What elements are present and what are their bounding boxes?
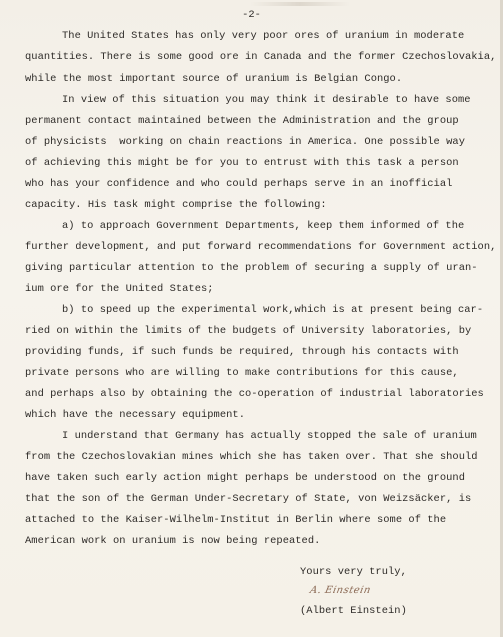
paragraph-germany-line: from the Czechoslovakian mines which she… — [25, 450, 478, 464]
item-b-line: private persons who are willing to make … — [25, 366, 459, 380]
typed-name: (Albert Einstein) — [300, 604, 407, 618]
paragraph-permanent-contact-line: permanent contact maintained between the… — [25, 114, 459, 128]
handwritten-signature: A. Einstein — [309, 585, 372, 596]
paragraph-permanent-contact-line: capacity. His task might comprise the fo… — [25, 198, 327, 212]
paragraph-germany-line: American work on uranium is now being re… — [25, 534, 320, 548]
item-b-line: ried on within the limits of the budgets… — [25, 324, 471, 338]
item-a-line: a) to approach Government Departments, k… — [62, 219, 464, 233]
paragraph-permanent-contact-line: of physicists working on chain reactions… — [25, 135, 465, 149]
paragraph-uranium-sources-line: The United States has only very poor ore… — [62, 29, 464, 43]
paragraph-uranium-sources-line: while the most important source of urani… — [25, 72, 402, 86]
paragraph-germany-line: have taken such early action might perha… — [25, 471, 465, 485]
page-number: -2- — [0, 9, 503, 21]
item-a-line: further development, and put forward rec… — [25, 240, 496, 254]
paragraph-germany-line: that the son of the German Under-Secreta… — [25, 492, 471, 506]
paragraph-uranium-sources-line: quantities. There is some good ore in Ca… — [25, 50, 496, 64]
paper-mark — [250, 2, 350, 6]
item-b-line: which have the necessary equipment. — [25, 408, 245, 422]
paragraph-permanent-contact-line: of achieving this might be for you to en… — [25, 156, 459, 170]
item-b-line: b) to speed up the experimental work,whi… — [62, 303, 483, 317]
paragraph-permanent-contact-line: In view of this situation you may think … — [62, 93, 471, 107]
item-a-line: giving particular attention to the probl… — [25, 261, 478, 275]
paragraph-germany-line: I understand that Germany has actually s… — [62, 429, 477, 443]
paragraph-germany-line: attached to the Kaiser-Wilhelm-Institut … — [25, 513, 446, 527]
paragraph-permanent-contact-line: who has your confidence and who could pe… — [25, 177, 452, 191]
closing-salutation: Yours very truly, — [300, 565, 407, 579]
letter-page: -2- The United States has only very poor… — [0, 0, 503, 637]
item-b-line: and perhaps also by obtaining the co-ope… — [25, 387, 484, 401]
item-b-line: providing funds, if such funds be requir… — [25, 345, 459, 359]
item-a-line: ium ore for the United States; — [25, 282, 214, 296]
